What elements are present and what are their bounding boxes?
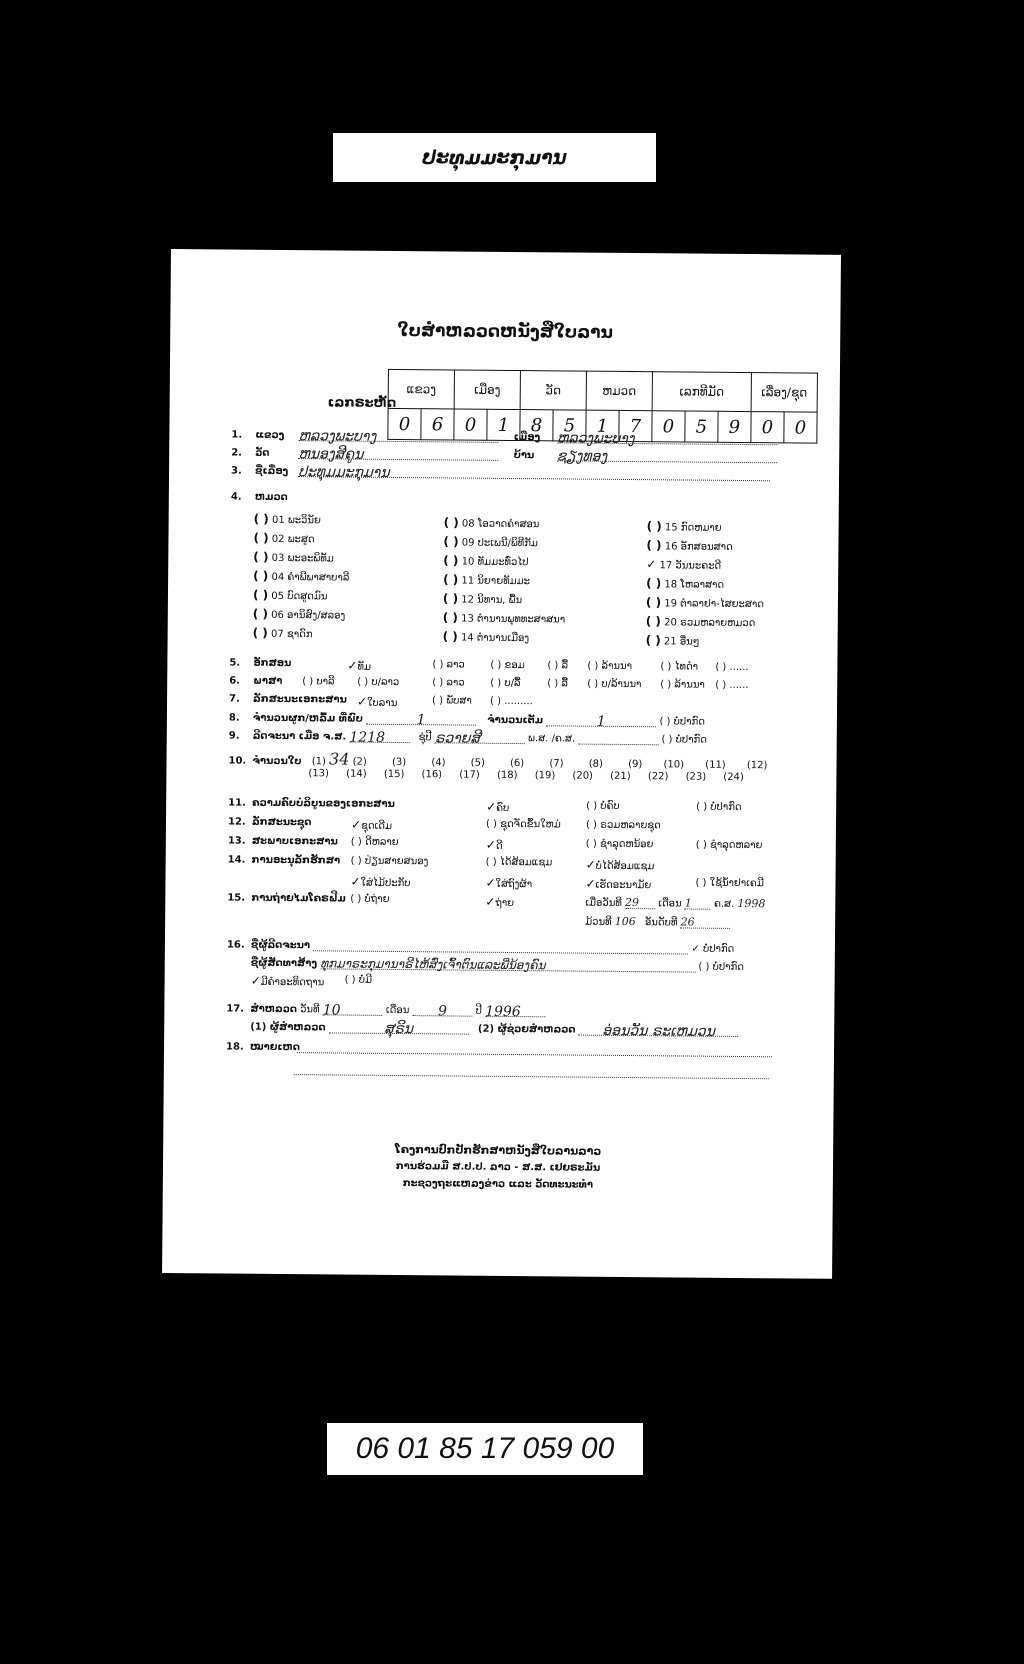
language-option[interactable]: ( ) ລ້ານນາ (660, 679, 705, 690)
script-option[interactable]: ✓ທັມ (347, 659, 371, 673)
category-option[interactable]: ( ) 19 ຕຳລາຢາ-ໄສຍະສາດ (646, 595, 764, 610)
category-option[interactable]: ( ) 08 ໂອວາດຄຳສອນ (444, 515, 540, 530)
temple-value: ຫນອງສີຄູນ (298, 446, 498, 461)
microfilm-id: 06 01 85 17 059 00 (356, 1432, 615, 1466)
category-option[interactable]: ( ) 20 ຣວມຫລາຍຫມວດ (646, 614, 756, 629)
field-doc-type: 7.ລັກສະນະເອກະສານ (229, 694, 347, 706)
field-condition: 13.ສະພາບເອກະສານ (228, 836, 338, 848)
sponsor-unknown-option[interactable]: ( ) ບໍ່ປາກົດ (698, 962, 744, 973)
language-option[interactable]: ( ) ລື້ (547, 678, 568, 689)
set-type-option[interactable]: ( ) ຊຸດຈັດຂຶ້ນໃຫມ່ (486, 819, 561, 831)
condition-option[interactable]: ( ) ຊຳລຸດຫນ້ອຍ (586, 839, 654, 851)
province-value: ຫລວງພະບາງ (299, 428, 499, 443)
surveyor-name: ສຸຣິນ (329, 1020, 469, 1034)
prayer-option[interactable]: ✓ມີຄຳອະທິດຖານ (251, 974, 325, 989)
field-inscription-date: 9.ລີດຈະນາ ເມື່ອ ຈ.ສ. 1218 ຊຸ່ປີ ຣວາຍສີ ພ… (229, 729, 707, 746)
code-label: ເລກຣະຫັດ (328, 395, 397, 411)
category-option[interactable]: ( ) 01 ພະວິນັຍ (254, 512, 321, 527)
condition-option[interactable]: ✓ດີ (486, 838, 503, 852)
scribe-unknown-option[interactable]: ✓ ບໍ່ປາກົດ (691, 944, 734, 955)
microfilm-option[interactable]: ( ) ບໍ່ຖ່າຍ (350, 894, 389, 905)
field-temple: 2.ວັດ ຫນອງສີຄູນ ບ້ານ ຊຽງທອງ (231, 446, 777, 464)
survey-form-sheet: ໃບສຳຫລວດຫນັງສືໃບລານ ເລກຣະຫັດ ແຂວງ ເມືອງ … (162, 249, 841, 1279)
conservation-option[interactable]: ✓ເຮັດອະນາມັຍ (585, 877, 651, 892)
language-option[interactable]: ( ) ບ/ລາວ (357, 677, 399, 688)
doc-type-option[interactable]: ✓ໃບລານ (357, 695, 397, 709)
code-header: ຫມວດ (586, 371, 652, 411)
field-scribe: 16.ຊື່ຜູ້ລີດຈະນາ ✓ ບໍ່ປາກົດ (227, 938, 734, 955)
microfilm-year: 1998 (737, 897, 765, 910)
script-option[interactable]: ( ) ລ້ານນາ (587, 661, 632, 672)
field-category: 4.ຫມວດ (231, 492, 288, 503)
condition-option[interactable]: ( ) ດີຫລາຍ (351, 837, 399, 848)
microfilm-day: 29 (625, 896, 655, 909)
category-option[interactable]: ( ) 12 ນິທານ, ພື້ນ (443, 591, 522, 606)
category-option[interactable]: ( ) 21 ອື່ນໆ (646, 633, 700, 647)
category-option[interactable]: ( ) 02 ພະສູດ (253, 531, 314, 546)
microfilm-id-card: 06 01 85 17 059 00 (327, 1423, 643, 1475)
category-option[interactable]: ( ) 06 ອານິສົງ/ສລອງ (253, 607, 346, 622)
category-option[interactable]: ( ) 18 ໂຫລາສາດ (646, 576, 724, 591)
microfilm-reel: ມ້ວນທີ 106 ອັນດັບທີ 26 (585, 915, 731, 929)
project-footer: ໂຄງການປົກປັກຮັກສາຫນັງສືໃບລານລາວ ການຮ່ວມມ… (163, 1139, 833, 1196)
category-option-selected[interactable]: ✓ 17 ວັນນະຄະດີ (646, 557, 721, 572)
survey-day: 10 (323, 1002, 383, 1016)
code-header: ເລື່ອງ/ຊຸດ (751, 373, 817, 413)
field-set-type: 12.ລັກສະນະຊຸດ (228, 817, 312, 829)
field-completeness: 11.ຄວາມຄົບບໍລິບູນຂອງເອກະສານ (228, 798, 395, 810)
village-value: ຊຽງທອງ (557, 448, 777, 463)
language-option[interactable]: ( ) ລາວ (432, 677, 464, 688)
language-option[interactable]: ( ) ບາລີ (302, 676, 334, 687)
remarks-line (297, 1040, 772, 1057)
completeness-option[interactable]: ( ) ບໍ່ຄົບ (586, 801, 620, 812)
conservation-option[interactable]: ( ) ປ່ຽນສາຍສນອງ (351, 856, 429, 868)
category-option[interactable]: ( ) 14 ຕຳນານເມືອງ (443, 629, 530, 644)
cs-year-value: 1218 (349, 730, 409, 744)
be-ce-value (578, 732, 658, 746)
script-option[interactable]: ( ) ...... (715, 662, 748, 673)
conservation-option[interactable]: ✓ໃສ່ຖົງຜ້າ (485, 876, 532, 890)
code-digit: 0 (784, 412, 817, 443)
script-option[interactable]: ( ) ລື້ (547, 660, 568, 671)
set-type-option[interactable]: ( ) ຣວມຫລາຍຊຸດ (586, 820, 661, 832)
conservation-option[interactable]: ✓ບໍ່ໄດ້ສ້ອມແຊມ (586, 858, 655, 873)
prayer-option[interactable]: ( ) ບໍ່ມີ (345, 975, 373, 986)
script-option[interactable]: ( ) ໄທດຳ (660, 661, 698, 672)
code-header: ແຂວງ (388, 369, 454, 409)
language-option[interactable]: ( ) ບ/ລ້ານນາ (587, 679, 641, 690)
field-surveyors: (1) ຜູ້ສຳຫລວດ ສຸຣິນ (2) ຜູ້ຊ່ວຍສຳຫລວດ ອ່… (250, 1020, 739, 1037)
conservation-option[interactable]: ✓ໃສ່ໄມ້ປະກັບ (350, 875, 410, 890)
category-option[interactable]: ( ) 10 ທັມມະທົ່ວໄປ (443, 553, 528, 568)
category-option[interactable]: ( ) 11 ນິຍາຍທັມມະ (443, 572, 530, 587)
code-header: ເລກທີມັດ (652, 372, 751, 412)
microfilm-month: 1 (685, 897, 711, 910)
district-value: ຫລວງພະບາງ (557, 430, 777, 445)
form-heading: ໃບສຳຫລວດຫນັງສືໃບລານ (170, 319, 840, 345)
leaf-count-value: 34 (329, 749, 350, 768)
category-option[interactable]: ( ) 15 ກົດຫມາຍ (647, 519, 722, 534)
bundles-total-value: 1 (546, 713, 656, 727)
language-option[interactable]: ( ) ບ/ລື້ (490, 678, 520, 689)
category-option[interactable]: ( ) 03 ພະອະພິທັມ (253, 550, 334, 565)
manuscript-title: ປະທຸມມະກຸມານ (422, 147, 566, 169)
code-header: ວັດ (520, 371, 586, 411)
doc-type-option[interactable]: ( ) ພັບສາ (432, 695, 472, 706)
field-conservation: 14.ການອະນຸລັກຮັກສາ (228, 855, 341, 867)
bundles-found-value: 1 (366, 712, 476, 726)
conservation-option[interactable]: ( ) ໃຊ້ນ້ຳຢາເຄມີ (695, 878, 763, 890)
sequence-number: 26 (681, 915, 731, 928)
title-value: ປະທຸມມະກຸມານ (298, 464, 770, 481)
conservation-option[interactable]: ( ) ໄດ້ສ້ອມແຊມ (486, 857, 553, 869)
code-header: ເມືອງ (454, 370, 520, 410)
field-microfilm: 15.ການຖ່າຍໄມໂຄຣຟີມ (227, 893, 346, 905)
sponsor-value: ທຸກມາຣະກຸມານາຣີໄຫ້ສົ່ງເຈົ້າຕົນແລະພີ່ນ້ອງ… (320, 956, 695, 972)
category-option[interactable]: ( ) 09 ປະເພນີ/ພິທີກັມ (443, 534, 538, 549)
language-option[interactable]: ( ) ...... (715, 680, 748, 691)
survey-year: 1996 (485, 1004, 545, 1018)
script-option[interactable]: ( ) ຂອມ (490, 660, 524, 671)
survey-month: 9 (412, 1003, 472, 1017)
assistant-name: ອ່ອນວັນ ຣະເຫມວນ (579, 1023, 739, 1037)
completeness-option[interactable]: ✓ຄົບ (486, 800, 509, 814)
set-type-option[interactable]: ✓ຊຸດເດີມ (351, 818, 392, 832)
unknown-option[interactable]: ( ) ບໍ່ປາກົດ (659, 716, 705, 727)
unknown-option[interactable]: ( ) ບໍ່ປາກົດ (661, 734, 707, 745)
reel-number: 106 (615, 915, 636, 928)
category-option[interactable]: ( ) 04 ຄຳພີພາສາບາລີ (253, 569, 349, 584)
category-option[interactable]: ( ) 16 ອັກສອນສາດ (646, 538, 732, 553)
field-bundle-count: 8.ຈຳນວນຜູກ/ຫລົ້ມ ທີ່ພົບ 1 ຈຳນວນເຕັມ 1 ( … (229, 711, 705, 728)
category-option[interactable]: ( ) 05 ບົດສູດມົນ (253, 588, 328, 603)
remarks-line (294, 1062, 769, 1079)
field-survey-date: 17.ສຳຫລວດ ວັນທີ 10 ເດືອນ 9 ປີ 1996 (226, 1002, 545, 1018)
completeness-option[interactable]: ( ) ບໍ່ປາກົດ (696, 802, 742, 813)
field-script: 5.ອັກສອນ (229, 658, 353, 670)
field-language: 6.ພາສາ (229, 676, 282, 687)
doc-type-option[interactable]: ( ) ......... (490, 696, 533, 707)
microfilm-date: ເມື່ອວັນທີ 29 ເດືອນ 1 ຄ.ສ. 1998 (585, 896, 765, 911)
microfilm-option[interactable]: ✓ຖ່າຍ (485, 895, 514, 909)
field-remarks: 18.ໝາຍເຫດ (226, 1040, 772, 1058)
title-label-card: ປະທຸມມະກຸມານ (333, 133, 656, 182)
scribe-value (313, 938, 688, 954)
year-cycle-value: ຣວາຍສີ (435, 730, 525, 744)
script-option[interactable]: ( ) ລາວ (432, 659, 464, 670)
field-title: 3.ຊື່ເລື່ອງ ປະທຸມມະກຸມານ (231, 464, 770, 482)
condition-option[interactable]: ( ) ຊຳລຸດຫລາຍ (696, 840, 763, 852)
category-option[interactable]: ( ) 13 ຕຳນານພຸທທະສາສນາ (443, 610, 565, 625)
field-sponsor: ຊື່ຜູ້ສັດທາສ້າງ ທຸກມາຣະກຸມານາຣີໄຫ້ສົ່ງເຈ… (251, 956, 744, 973)
category-option[interactable]: ( ) 07 ຊາດົກ (253, 626, 313, 641)
